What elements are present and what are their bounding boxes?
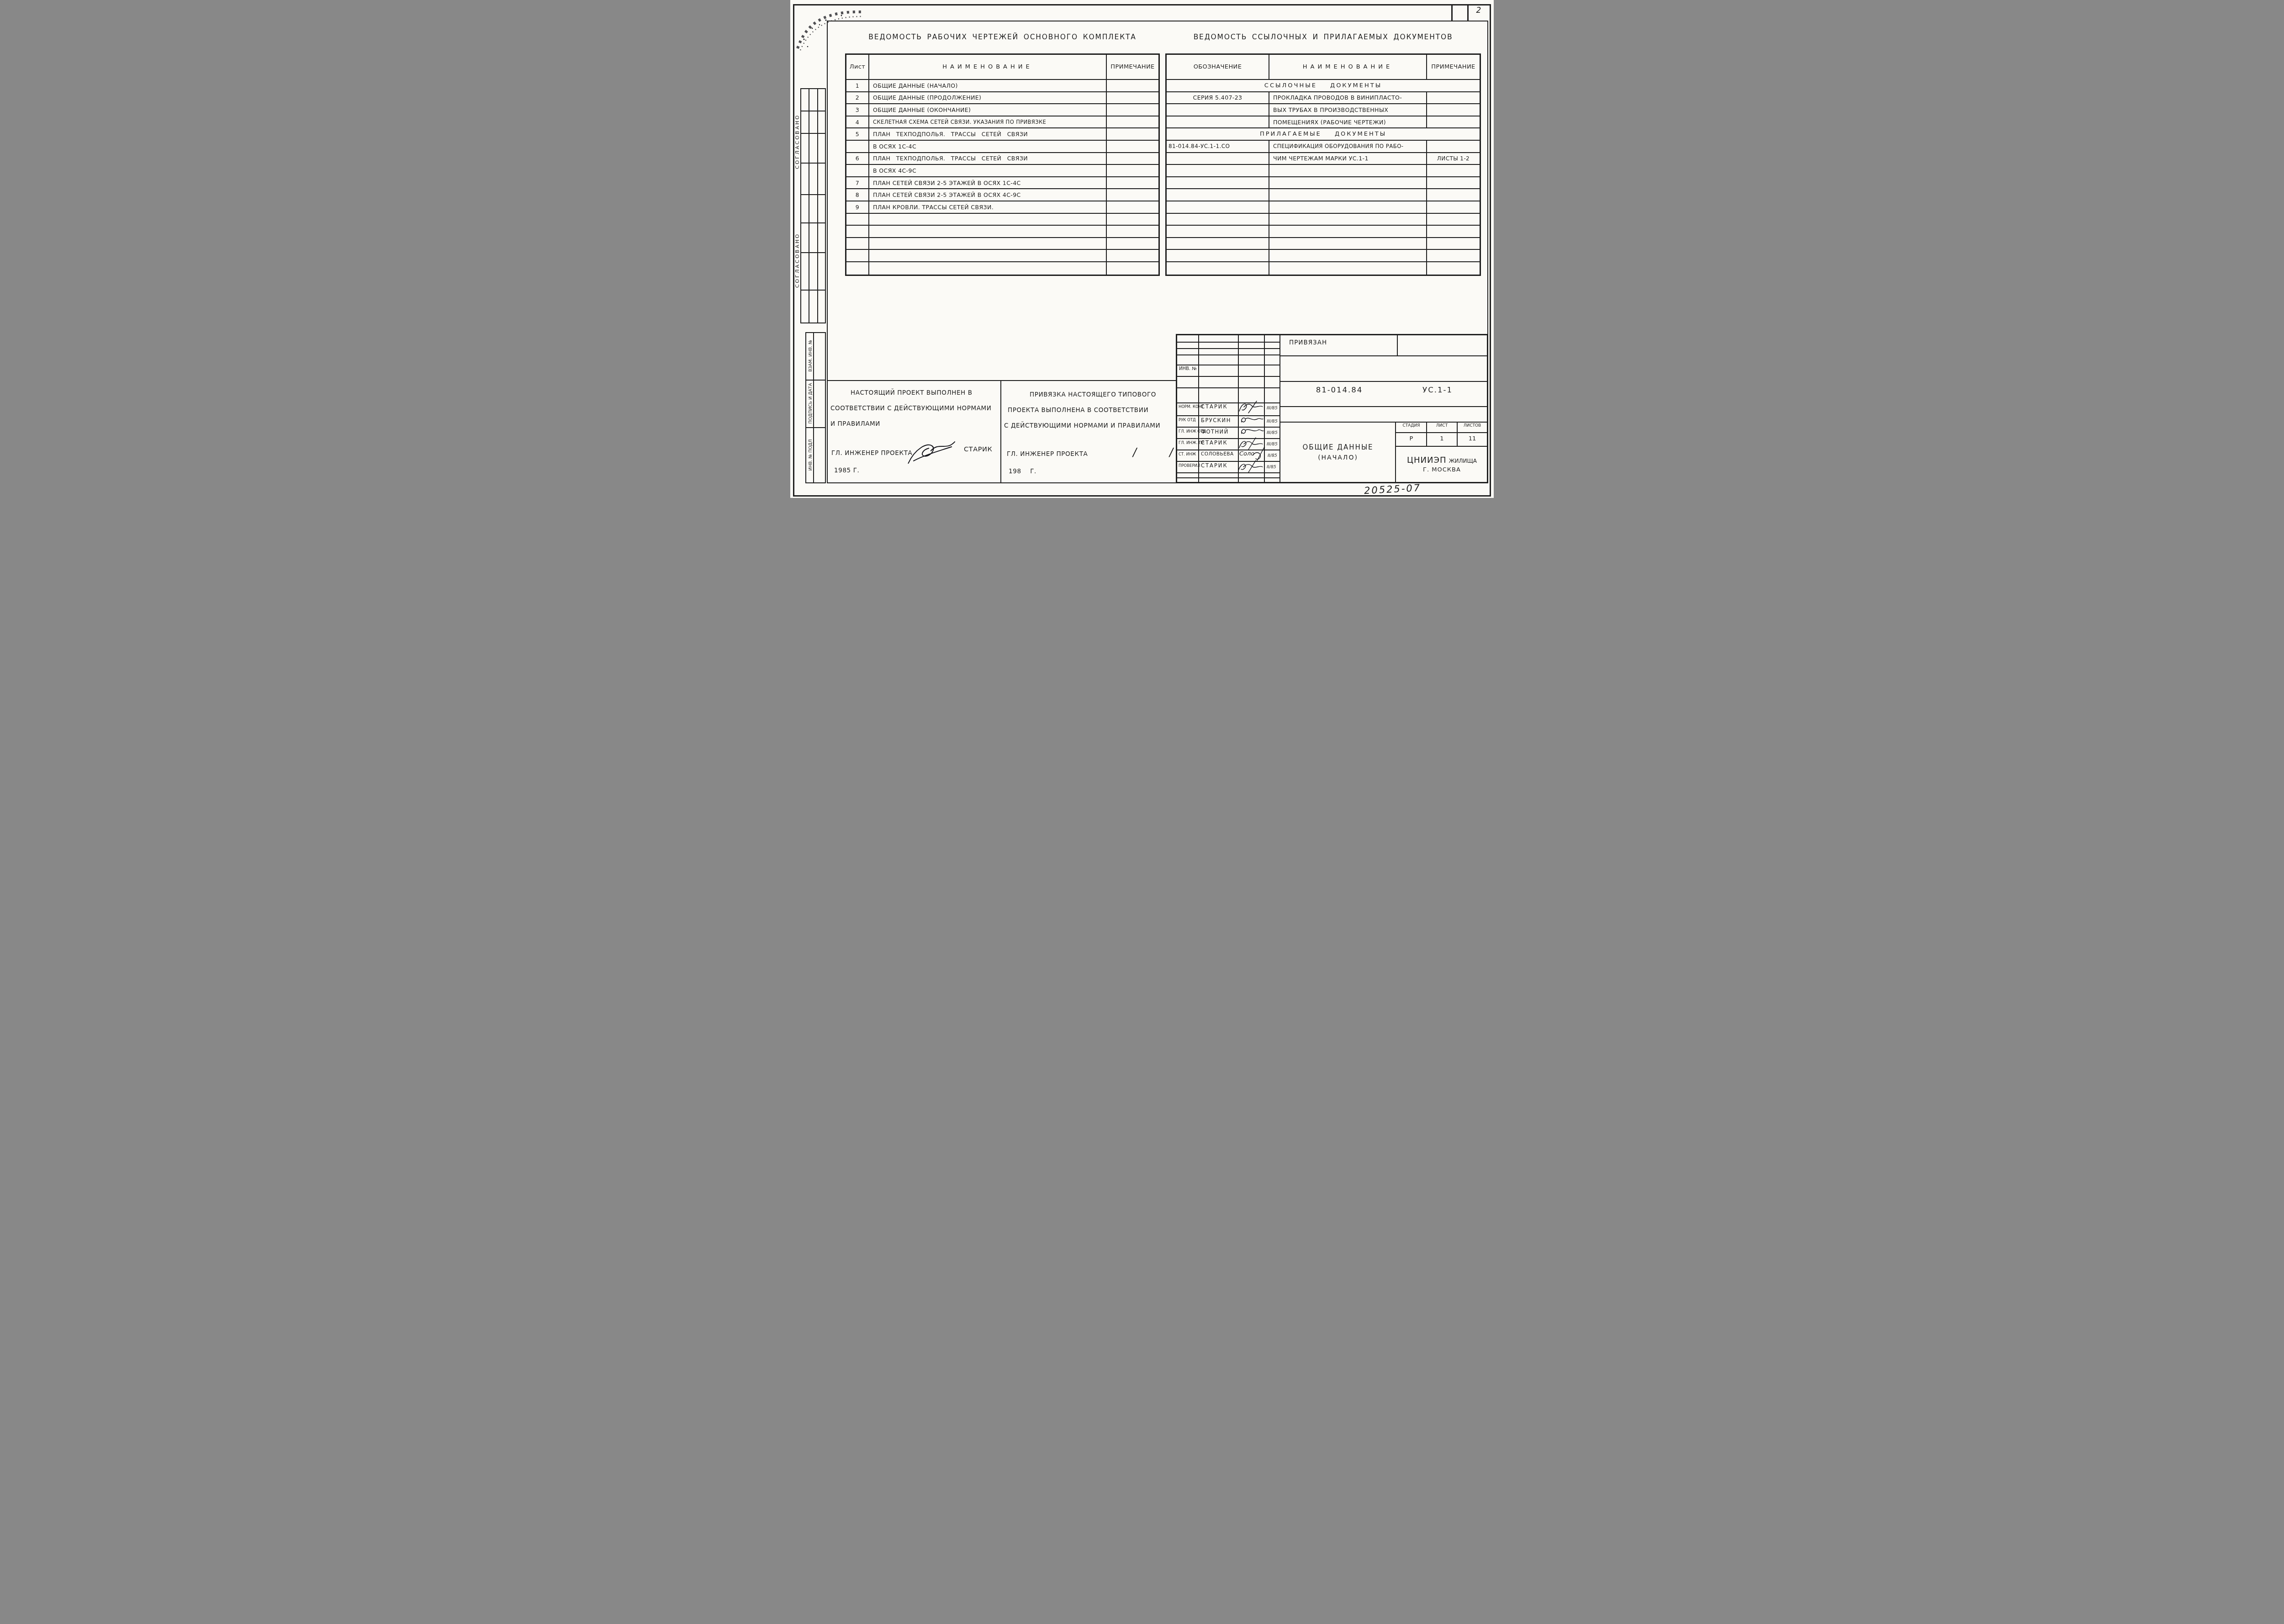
- cell-name: План техподполья. Трассы сетей связи: [869, 153, 1107, 165]
- sheet-title-line1: Общие данные: [1302, 443, 1373, 451]
- page-number-box-left: [1451, 4, 1453, 21]
- cell-note: [1427, 92, 1480, 105]
- sign-date: III/85: [1267, 442, 1278, 447]
- note-mid-line2: проекта выполнена в соответствии: [1008, 407, 1148, 414]
- cell-name: [1269, 165, 1427, 177]
- note-left-line1: Настоящий проект выполнен в: [851, 389, 973, 397]
- worksheets-table-title: Ведомость рабочих чертежей основного ком…: [845, 33, 1160, 41]
- col-header-name: Наименование: [869, 55, 1107, 80]
- references-table-title: Ведомость ссылочных и прилагаемых докуме…: [1165, 33, 1481, 41]
- cell-num: [846, 262, 869, 275]
- document-mark: УС.1-1: [1403, 386, 1472, 394]
- stamp-line: [1177, 402, 1280, 403]
- archive-number: 20525-07: [1364, 482, 1421, 497]
- sign-name: Брускин: [1201, 417, 1231, 423]
- sign-date: III/85: [1267, 406, 1278, 411]
- document-number: 81-014.84: [1291, 386, 1387, 394]
- outer-border-right: [1490, 4, 1491, 497]
- cell-name: План сетей связи 2-5 этажей в осях 4с-9с: [869, 189, 1107, 201]
- inventory-strip-line: [805, 380, 826, 381]
- cell-num: [846, 238, 869, 250]
- cell-code: Серия 5.407-23: [1167, 92, 1269, 105]
- cell-name: [1269, 189, 1427, 201]
- agreed-label-2: Согласовано: [793, 201, 801, 320]
- outer-border-bottom: [793, 495, 1491, 497]
- cell-note: [1427, 226, 1480, 238]
- signature-scribble: [1237, 460, 1264, 473]
- col-header-code: Обозначение: [1167, 55, 1269, 80]
- cell-code: [1167, 189, 1269, 201]
- approval-grid-line: [809, 88, 809, 323]
- vzam-inv-label: Взам. инв. №: [807, 333, 814, 378]
- stamp-line: [1177, 427, 1280, 428]
- sign-date: II/85: [1267, 465, 1276, 470]
- agreed-label-1: Согласовано: [793, 82, 801, 201]
- cell-code: [1167, 214, 1269, 226]
- cell-name: вых трубах в производственных: [1269, 104, 1427, 116]
- cell-code: [1167, 226, 1269, 238]
- cell-note: [1107, 250, 1158, 262]
- stamp-line: [1279, 381, 1487, 382]
- cell-name: [869, 238, 1107, 250]
- col-header-note: Примечание: [1427, 55, 1480, 80]
- approval-grid: [800, 88, 826, 323]
- cell-code: [1167, 153, 1269, 165]
- cell-note: [1107, 201, 1158, 214]
- cell-code: [1167, 116, 1269, 129]
- cell-note: [1107, 128, 1158, 141]
- cell-name: [869, 250, 1107, 262]
- approval-grid-line: [817, 88, 818, 323]
- section-row-attached: Прилагаемые документы: [1167, 128, 1480, 141]
- cell-num: 1: [846, 80, 869, 92]
- sign-date: III/85: [1267, 419, 1278, 424]
- note-mid-line1: Привязка настоящего типового: [1030, 391, 1156, 398]
- cell-name: [1269, 262, 1427, 275]
- sheet-title-cell: Общие данные (начало): [1281, 423, 1395, 481]
- stamp-line: [1279, 355, 1487, 356]
- approval-grid-line: [800, 194, 826, 195]
- approval-grid-line: [800, 163, 826, 164]
- cell-name: Общие данные (начало): [869, 80, 1107, 92]
- approval-grid-line: [800, 222, 826, 223]
- sign-date: III/85: [1267, 430, 1278, 435]
- cell-name: Скелетная схема сетей связи. Указания по…: [869, 116, 1107, 129]
- note-box-left: Настоящий проект выполнен в соответствии…: [827, 380, 1001, 483]
- stamp-line: [1177, 342, 1280, 343]
- cell-name: [1269, 177, 1427, 190]
- stamp-line: [1177, 376, 1280, 377]
- stamp-line: [1177, 365, 1280, 365]
- note-mid-line3: с действующими нормами и правилами: [1004, 422, 1160, 429]
- stamp-line: [1279, 422, 1487, 423]
- cell-name: [1269, 250, 1427, 262]
- cell-note: [1107, 214, 1158, 226]
- cell-name: в осях 1с-4с: [869, 141, 1107, 153]
- sheet-header: Лист: [1427, 423, 1457, 428]
- cell-num: 5: [846, 128, 869, 141]
- cell-name: [1269, 238, 1427, 250]
- cell-note: [1427, 262, 1480, 275]
- inventory-number-label: Инв. №: [1179, 366, 1197, 371]
- cell-name: Общие данные (окончание): [869, 104, 1107, 116]
- approval-grid-line: [800, 252, 826, 253]
- cell-note: [1427, 104, 1480, 116]
- cell-name: [1269, 201, 1427, 214]
- cell-num: [846, 141, 869, 153]
- cell-code: [1167, 250, 1269, 262]
- cell-note: [1107, 238, 1158, 250]
- cell-note: [1427, 250, 1480, 262]
- col-header-note: Примечание: [1107, 55, 1158, 80]
- cell-name: [869, 262, 1107, 275]
- cell-name: [869, 214, 1107, 226]
- cell-name: Спецификация оборудования по рабо-: [1269, 141, 1427, 153]
- cell-num: 9: [846, 201, 869, 214]
- note-left-line2: соответствии с действующими нормами: [830, 405, 991, 412]
- cell-num: [846, 165, 869, 177]
- stamp-line: [1177, 354, 1280, 355]
- cell-name: [1269, 226, 1427, 238]
- cell-code: [1167, 104, 1269, 116]
- stamp-line: [1177, 438, 1280, 439]
- binding-status-label: Привязан: [1289, 339, 1327, 346]
- cell-note: [1107, 226, 1158, 238]
- org-city: г. Москва: [1423, 466, 1461, 473]
- sign-name: Старик: [1201, 403, 1228, 410]
- stamp-line: [1395, 446, 1487, 447]
- cell-name: План сетей связи 2-5 этажей в осях 1с-4с: [869, 177, 1107, 190]
- note-left-year: 1985 г.: [834, 467, 859, 474]
- cell-note: [1427, 141, 1480, 153]
- cell-code: 81-014.84-УС.1-1.СО: [1167, 141, 1269, 153]
- cell-name: помещениях (рабочие чертежи): [1269, 116, 1427, 129]
- cell-code: [1167, 262, 1269, 275]
- cell-name: План техподполья. Трассы сетей связи: [869, 128, 1107, 141]
- note-mid-slash1: /: [1133, 446, 1137, 459]
- cell-note: [1427, 214, 1480, 226]
- cell-num: 3: [846, 104, 869, 116]
- cell-note: [1427, 201, 1480, 214]
- cell-note: [1107, 104, 1158, 116]
- cell-note: [1107, 92, 1158, 105]
- cell-note: [1107, 153, 1158, 165]
- cell-name: [1269, 214, 1427, 226]
- cell-note: Листы 1-2: [1427, 153, 1480, 165]
- cell-name: чим чертежам марки УС.1-1: [1269, 153, 1427, 165]
- approval-grid-line: [800, 111, 826, 111]
- stamp-line: [1177, 348, 1280, 349]
- inv-podl-label: Инв. № подл: [807, 428, 814, 481]
- signature-scribble: [1237, 399, 1264, 414]
- cell-note: [1427, 116, 1480, 129]
- cell-code: [1167, 177, 1269, 190]
- cell-note: [1427, 238, 1480, 250]
- cell-note: [1107, 80, 1158, 92]
- note-left-signer-label: Гл. инженер проекта: [831, 450, 912, 457]
- stamp-line: [1395, 422, 1396, 482]
- sheet-value: 1: [1427, 435, 1457, 442]
- stamp-line: [1177, 472, 1280, 473]
- outer-border-top: [793, 4, 1491, 5]
- org-name2: жилища: [1449, 458, 1477, 464]
- note-left-signer-name: Старик: [964, 446, 992, 453]
- cell-note: [1107, 189, 1158, 201]
- cell-num: [846, 226, 869, 238]
- cell-name: [869, 226, 1107, 238]
- sign-date: II/85: [1268, 453, 1277, 458]
- sign-name: Соловьева: [1201, 451, 1234, 457]
- col-header-sheet: Лист: [846, 55, 869, 80]
- cell-note: [1427, 177, 1480, 190]
- note-mid-slash2: /: [1169, 446, 1174, 459]
- org-name-line: ЦНИИЭП жилища: [1407, 455, 1477, 465]
- stamp-line: [1279, 335, 1280, 482]
- stamp-line: [1397, 335, 1398, 355]
- stage-value: Р: [1396, 435, 1427, 442]
- worksheets-table: Лист Наименование Примечание 1 Общие дан…: [845, 53, 1160, 276]
- note-left-line3: и правилами: [830, 420, 880, 428]
- approval-grid-line: [800, 133, 826, 134]
- note-mid-signer-label: Гл. инженер проекта: [1007, 450, 1088, 458]
- cell-num: [846, 214, 869, 226]
- organization-cell: ЦНИИЭП жилища г. Москва: [1397, 448, 1487, 481]
- stamp-line: [1177, 387, 1280, 388]
- stamp-line: [1177, 477, 1280, 478]
- sign-role: Норм. конт: [1179, 405, 1204, 409]
- section-row-references: Ссылочные документы: [1167, 80, 1480, 92]
- signature-scribble: [1238, 427, 1264, 437]
- sheets-value: 11: [1458, 435, 1487, 442]
- cell-note: [1107, 165, 1158, 177]
- podpis-data-label: Подпись и дата: [807, 381, 814, 426]
- sheet-title-line2: (начало): [1318, 454, 1358, 461]
- cell-num: [846, 250, 869, 262]
- cell-note: [1427, 165, 1480, 177]
- cell-num: 8: [846, 189, 869, 201]
- sign-name: Фотний: [1201, 428, 1229, 435]
- cell-note: [1427, 189, 1480, 201]
- approval-grid-line: [800, 290, 826, 291]
- stamp-line: [1279, 406, 1487, 407]
- sheets-header: Листов: [1458, 423, 1487, 428]
- stamp-line: [1395, 432, 1487, 433]
- cell-num: 6: [846, 153, 869, 165]
- sign-name: Старик: [1201, 462, 1228, 469]
- note-box-middle: Привязка настоящего типового проекта вып…: [1001, 380, 1176, 483]
- cell-name: Прокладка проводов в винипласто-: [1269, 92, 1427, 105]
- sign-role: Рук отд: [1179, 418, 1196, 423]
- title-block: Привязан Инв. № 81-014.84 УС.1-1 Норм. к…: [1176, 334, 1488, 483]
- cell-note: [1107, 141, 1158, 153]
- chief-engineer-signature: [904, 436, 965, 466]
- note-mid-year: 198 г.: [1009, 468, 1036, 475]
- cell-name: Общие данные (продолжение): [869, 92, 1107, 105]
- inventory-strip-line: [805, 427, 826, 428]
- cell-name: в осях 4с-9с: [869, 165, 1107, 177]
- references-table: Обозначение Наименование Примечание Ссыл…: [1165, 53, 1481, 276]
- page-number: 2: [1467, 6, 1490, 15]
- cell-num: 7: [846, 177, 869, 190]
- cell-note: [1107, 262, 1158, 275]
- cell-name: План кровли. Трассы сетей связи.: [869, 201, 1107, 214]
- stamp-line: [1177, 415, 1280, 416]
- sign-role: Гл. инж. пр: [1179, 441, 1204, 445]
- cell-num: 2: [846, 92, 869, 105]
- sign-role: Ст. инж: [1179, 452, 1196, 457]
- sign-role: Проверил: [1179, 464, 1200, 468]
- cell-note: [1107, 116, 1158, 129]
- cell-code: [1167, 165, 1269, 177]
- signature-scribble: [1238, 416, 1264, 426]
- stage-header: Стадия: [1396, 423, 1427, 428]
- org-name: ЦНИИЭП: [1407, 455, 1447, 465]
- cell-num: 4: [846, 116, 869, 129]
- cell-note: [1107, 177, 1158, 190]
- sign-name: Старик: [1201, 439, 1228, 446]
- col-header-name: Наименование: [1269, 55, 1427, 80]
- cell-code: [1167, 238, 1269, 250]
- drawing-sheet: 2 Согласовано Согласовано Взам. инв. № П…: [790, 0, 1494, 498]
- cell-code: [1167, 201, 1269, 214]
